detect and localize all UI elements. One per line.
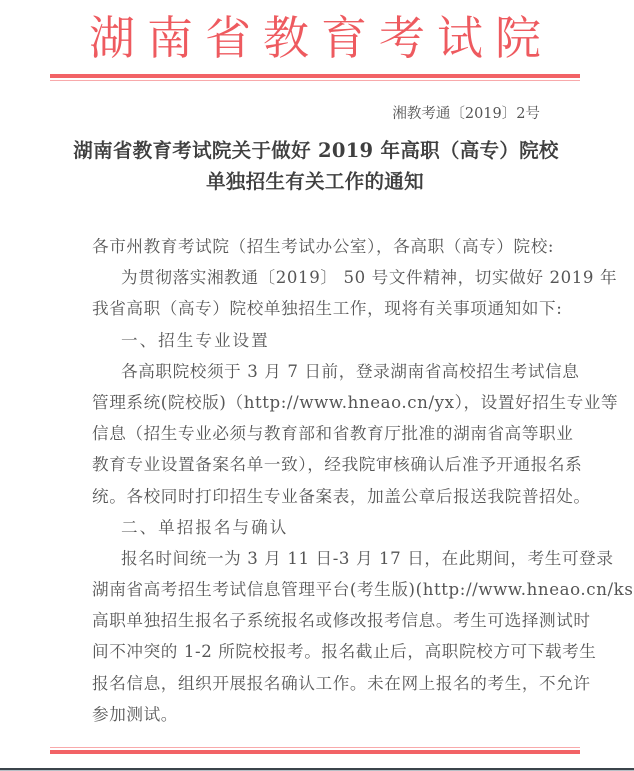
body-line-addressee: 各市州教育考试院（招生考试办公室），各高职（高专）院校: — [92, 231, 552, 262]
body-line: 我省高职（高专）院校单独招生工作，现将有关事项通知如下: — [92, 293, 552, 324]
footer-red-rule-thick — [50, 750, 580, 754]
section-heading-1: 一、招生专业设置 — [92, 325, 552, 356]
masthead-red-rule-thin — [50, 80, 580, 81]
section-heading-2: 二、单招报名与确认 — [92, 512, 552, 543]
body-line: 间不冲突的 1-2 所院校报考。报名截止后，高职院校方可下载考生 — [92, 636, 552, 667]
document-number: 湘教考通〔2019〕2号 — [392, 104, 540, 124]
footer-red-rule-thin — [50, 747, 580, 748]
body-line: 为贯彻落实湘教通〔2019〕 50 号文件精神，切实做好 2019 年 — [92, 262, 552, 293]
body-line: 报名信息，组织开展报名确认工作。未在网上报名的考生，不允许 — [92, 668, 552, 699]
document-title-line-1: 湖南省教育考试院关于做好 2019 年高职（高专）院校 — [0, 139, 633, 163]
body-line: 教育专业设置备案名单一致），经我院审核确认后准予开通报名系 — [92, 449, 552, 480]
masthead-red-rule-thick — [50, 74, 580, 78]
body-line: 统。各校同时打印招生专业备案表，加盖公章后报送我院普招处。 — [92, 481, 552, 512]
body-line: 高职单独招生报名子系统报名或修改报考信息。考生可选择测试时 — [92, 605, 552, 636]
body-line-with-link: 管理系统(院校版)（http://www.hneao.cn/yx），设置好招生专… — [92, 387, 552, 418]
body-line: 各高职院校须于 3 月 7 日前，登录湖南省高校招生考试信息 — [92, 356, 552, 387]
body-line: 参加测试。 — [92, 699, 552, 730]
masthead-title: 湖南省教育考试院 — [0, 10, 634, 66]
body-line: 信息（招生专业必须与教育部和省教育厅批准的湖南省高等职业 — [92, 418, 552, 449]
document-page: 湖南省教育考试院 湘教考通〔2019〕2号 湖南省教育考试院关于做好 2019 … — [0, 0, 634, 768]
body-line: 报名时间统一为 3 月 11 日-3 月 17 日，在此期间，考生可登录 — [92, 543, 552, 574]
body-line-with-link: 湖南省高考招生考试信息管理平台(考生版)(http://www.hneao.cn… — [92, 574, 552, 605]
document-body: 各市州教育考试院（招生考试办公室），各高职（高专）院校: 为贯彻落实湘教通〔20… — [92, 231, 552, 730]
document-title-line-2: 单独招生有关工作的通知 — [0, 170, 632, 194]
